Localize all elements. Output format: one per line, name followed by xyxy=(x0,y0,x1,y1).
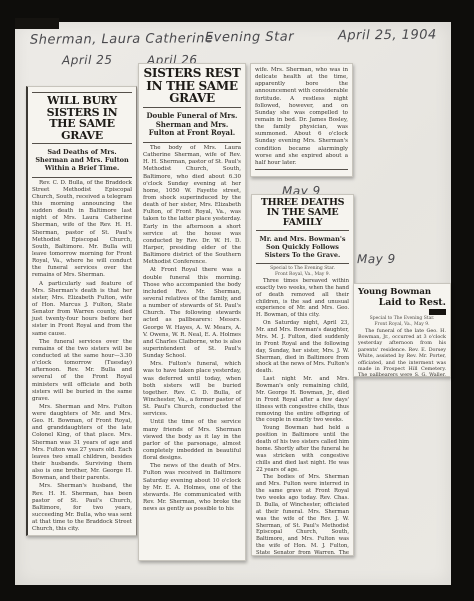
clipping5-headline-line1: Young Bowman xyxy=(358,287,446,297)
newspaper-clipping-sisters-rest: SISTERS REST IN THE SAME GRAVE Double Fu… xyxy=(138,63,246,561)
handwritten-clip5-date: May 9 xyxy=(357,252,396,266)
paragraph: wife. Mrs. Sherman, who was in delicate … xyxy=(255,67,348,167)
paragraph: Young Bowman had held a position in Balt… xyxy=(256,425,349,473)
scanned-archive-page: Sherman, Laura Catherine Evening Star Ap… xyxy=(0,0,474,601)
paragraph: Mrs. Sherman's husband, the Rev. H. H. S… xyxy=(32,483,132,533)
paragraph: The body of Mrs. Laura Catherine Sherman… xyxy=(143,145,241,266)
clipping2-body: The body of Mrs. Laura Catherine Sherman… xyxy=(143,145,241,513)
paragraph: The bodies of Mrs. Sherman and Mrs. Fult… xyxy=(256,474,349,556)
paragraph: The funeral services over the remains of… xyxy=(32,339,132,403)
handwritten-clip1-date: April 25 xyxy=(62,53,113,67)
divider xyxy=(32,143,132,144)
paragraph: Mrs. Sherman and Mrs. Fulton were daught… xyxy=(32,404,132,483)
divider xyxy=(255,169,348,170)
divider xyxy=(32,92,132,93)
handwritten-date: April 25, 1904 xyxy=(338,28,437,44)
clipping3-body: wife. Mrs. Sherman, who was in delicate … xyxy=(255,67,348,167)
divider xyxy=(32,177,132,178)
clipping4-headline: THREE DEATHS IN THE SAME FAMILY xyxy=(256,198,349,228)
clipping1-headline: WILL BURY SISTERS IN THE SAME GRAVE xyxy=(32,95,132,141)
clipping5-credit: Special to The Evening Star. xyxy=(358,316,446,322)
scan-corner-shadow xyxy=(15,18,59,29)
paragraph: Last night Mr. and Mrs. Bowman's only re… xyxy=(256,376,349,424)
newspaper-clipping-young-bowman: Young Bowman Laid to Rest. Special to Th… xyxy=(353,283,451,377)
paragraph: Three times bereaved within exactly two … xyxy=(256,278,349,319)
newspaper-clipping-three-deaths: THREE DEATHS IN THE SAME FAMILY Mr. and … xyxy=(251,194,354,556)
newspaper-clipping-continuation-fragment: wife. Mrs. Sherman, who was in delicate … xyxy=(250,63,353,177)
paragraph: Mrs. Fulton's funeral, which was to have… xyxy=(143,361,241,418)
paragraph: Rev. C. D. Bulla, of the Braddock Street… xyxy=(32,180,132,280)
divider xyxy=(143,107,241,108)
paragraph: At Front Royal there was a double funera… xyxy=(143,267,241,360)
paragraph: A particularly sad feature of Mrs. Sherm… xyxy=(32,281,132,338)
clipping4-subhead: Mr. and Mrs. Bowman's Son Quickly Follow… xyxy=(256,233,349,261)
clipping4-body: Three times bereaved within exactly two … xyxy=(256,278,349,556)
handwritten-subject-name: Sherman, Laura Catherine xyxy=(30,31,214,48)
paragraph: On Saturday night, April 23, Mr. and Mrs… xyxy=(256,320,349,375)
clipping1-subhead: Sad Deaths of Mrs. Sherman and Mrs. Fult… xyxy=(32,146,132,174)
paragraph: The funeral of the late Geo. H. Bowman, … xyxy=(358,328,446,377)
clipping2-subhead: Double Funeral of Mrs. Sherman and Mrs. … xyxy=(143,110,241,140)
paragraph: The news of the death of Mrs. Fulton was… xyxy=(143,463,241,513)
paragraph: Until the time of the service many frien… xyxy=(143,419,241,462)
clipping5-body: The funeral of the late Geo. H. Bowman, … xyxy=(358,328,446,377)
clipping1-body: Rev. C. D. Bulla, of the Braddock Street… xyxy=(32,180,132,534)
clipping2-headline: SISTERS REST IN THE SAME GRAVE xyxy=(143,67,241,105)
ink-blot-mark xyxy=(429,309,446,315)
newspaper-clipping-will-bury-sisters: WILL BURY SISTERS IN THE SAME GRAVE Sad … xyxy=(26,86,137,536)
divider xyxy=(143,142,241,143)
clipping5-headline-line2: Laid to Rest. xyxy=(358,297,446,308)
divider xyxy=(256,230,349,231)
handwritten-publication: Evening Star xyxy=(205,30,294,46)
divider xyxy=(256,263,349,264)
